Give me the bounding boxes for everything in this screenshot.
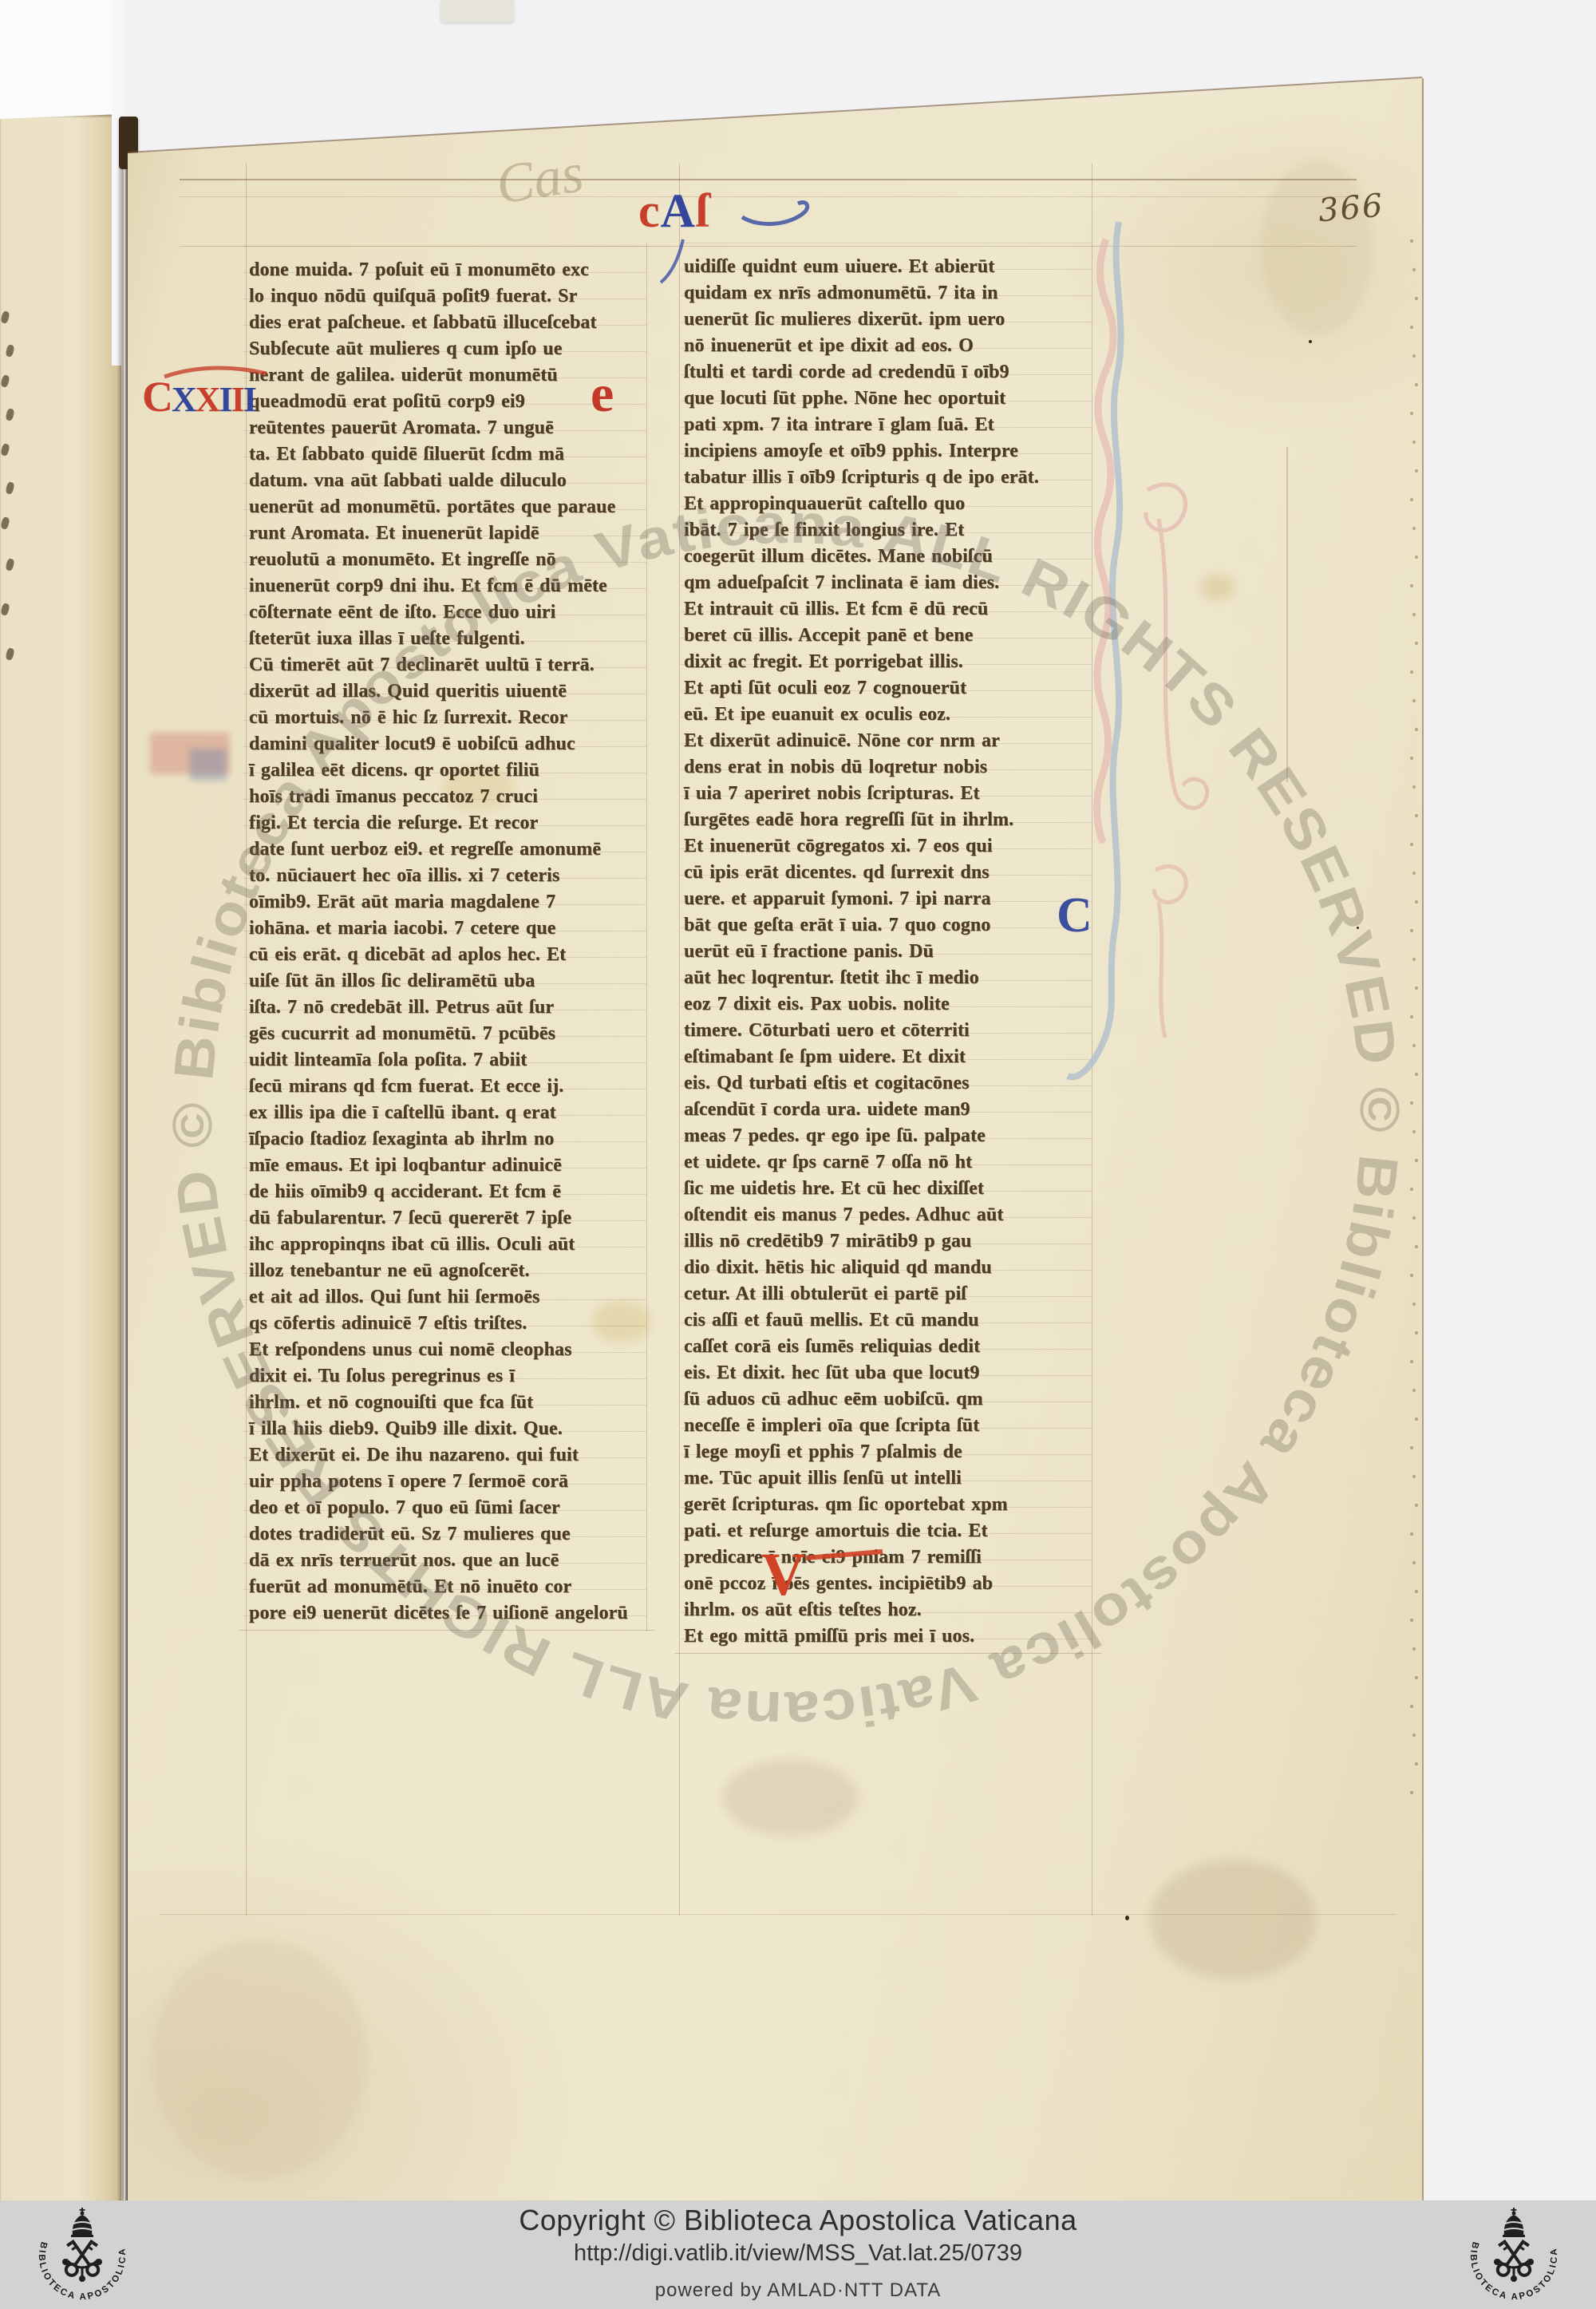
manuscript-text-line: Et inuenerūt cōgregatos xi. 7 eos qui — [684, 833, 1092, 860]
manuscript-text-line: ī lege moyſi et pphis 7 pſalmis de — [684, 1439, 1092, 1465]
manuscript-text-line: ihrlm. et nō cognouiſti que fca ſūt — [249, 1390, 648, 1416]
manuscript-text-line: uerūt eū ī fractione panis. Dū — [684, 939, 1092, 965]
manuscript-text-line: date ſunt uerboz ei9. et regreſſe amonum… — [249, 836, 648, 863]
manuscript-text-line: Et ego mittā pmiſſū pris mei ī uos. — [684, 1623, 1092, 1650]
parchment-stain — [152, 1939, 367, 2179]
manuscript-text-line: ſtulti et tardi corde ad credendū ī oīb9 — [684, 359, 1092, 385]
manuscript-text-line: uenerūt ad monumētū. portātes que paraue — [249, 494, 648, 520]
manuscript-text-line: incipiens amoyſe et oīb9 pphis. Interpre — [684, 438, 1092, 465]
manuscript-text-line: beret cū illis. Accepit panē et bene — [684, 623, 1092, 649]
faded-running-title: Cas — [492, 141, 587, 218]
ruling-horizontal — [239, 1630, 654, 1631]
colored-letter: A — [661, 184, 696, 237]
ruling-horizontal — [180, 179, 1357, 180]
ruling-horizontal — [180, 246, 1357, 247]
manuscript-text-line: de hiis oīmib9 q acciderant. Et fcm ē — [249, 1179, 648, 1205]
manuscript-text-line: dotes tradiderūt eū. Sz 7 mulieres que — [249, 1521, 648, 1548]
scan-root: { "manuscript": { "folio_number": "366",… — [0, 0, 1596, 2309]
footer-bar: BIBLIOTECA APOSTOLICA VATICANA BIBLIOTEC… — [0, 2200, 1596, 2309]
manuscript-text-line: bāt que geſta erāt ī uia. 7 quo cogno — [684, 912, 1092, 939]
manuscript-text-line: tabatur illis ī oīb9 ſcripturis q de ipo… — [684, 465, 1092, 491]
speck — [1125, 1916, 1129, 1920]
manuscript-text-line: ihrlm. os aūt eſtis teſtes hoz. — [684, 1597, 1092, 1623]
manuscript-text-line: aſcendūt ī corda ura. uidete man9 — [684, 1097, 1092, 1123]
manuscript-text-line: dixerūt ad illas. Quid queritis uiuentē — [249, 678, 648, 705]
manuscript-text-line: dies erat paſcheue. et ſabbatū illuceſce… — [249, 310, 648, 336]
margin-offset-mark — [190, 749, 227, 781]
manuscript-text-line: et uidete. qr ſps carnē 7 oſſa nō ht — [684, 1149, 1092, 1176]
manuscript-text-line: gēs cucurrit ad monumētū. 7 pcūbēs — [249, 1021, 648, 1047]
manuscript-text-line: īſpacio ſtadioz ſexaginta ab ihrlm no — [249, 1126, 648, 1153]
manuscript-text-line: et ait ad illos. Qui ſunt hii ſermoēs — [249, 1284, 648, 1311]
bookmark-tab — [440, 0, 514, 22]
manuscript-text-line: uidit linteamīa ſola poſita. 7 abiit — [249, 1047, 648, 1073]
manuscript-text-line: cis aſſi et fauū mellis. Et cū mandu — [684, 1307, 1092, 1334]
manuscript-text-line: ſecū mirans qd fcm fuerat. Et ecce ij. — [249, 1073, 648, 1100]
manuscript-text-line: Et intrauit cū illis. Et fcm ē dū recū — [684, 596, 1092, 623]
manuscript-text-line: onē pccoz ī oēs gentes. incipiētib9 ab — [684, 1571, 1092, 1597]
manuscript-text-line: cōſternate eēnt de iſto. Ecce duo uiri — [249, 599, 648, 626]
manuscript-text-line: predicare ī noīe ei9 pniam 7 remiſſi — [684, 1544, 1092, 1571]
chapter-number: CXXIII — [142, 372, 255, 421]
colored-letter: I — [243, 380, 255, 419]
manuscript-text-line: reuolutū a monumēto. Et ingreſſe nō — [249, 547, 648, 573]
manuscript-text-line: uenerūt ſic mulieres dixerūt. ipm uero — [684, 306, 1092, 333]
manuscript-text-line: neceſſe ē impleri oīa que ſcripta ſūt — [684, 1413, 1092, 1439]
manuscript-text-line: caſſet corā eis ſumēs reliquias dedit — [684, 1334, 1092, 1360]
manuscript-text-line: timere. Cōturbati uero et cōterriti — [684, 1018, 1092, 1044]
manuscript-text-line: nerant de galilea. uiderūt monumētū — [249, 362, 648, 389]
speck — [1357, 927, 1359, 929]
manuscript-text-line: lo inquo nōdū quiſquā poſit9 fuerat. Sr — [249, 283, 648, 310]
manuscript-text-line: cetur. At illi obtulerūt ei partē piſ — [684, 1281, 1092, 1307]
manuscript-text-line: ſurgētes eadē hora regreſſi ſūt in ihrlm… — [684, 807, 1092, 833]
manuscript-text-line: quidam ex nrīs admonumētū. 7 ita in — [684, 280, 1092, 306]
manuscript-text-line: illoz tenebantur ne eū agnoſcerēt. — [249, 1258, 648, 1284]
manuscript-text-line: cū eis erāt. q dicebāt ad aplos hec. Et — [249, 942, 648, 968]
manuscript-text-line: pati. et reſurge amortuis die tcia. Et — [684, 1518, 1092, 1544]
manuscript-text-line: Et dixerūt ei. De ihu nazareno. qui fuit — [249, 1442, 648, 1469]
manuscript-text-line: iohāna. et maria iacobi. 7 cetere que — [249, 915, 648, 942]
manuscript-text-line: uiſe ſūt ān illos ſic deliramētū uba — [249, 968, 648, 994]
manuscript-text-line: datum. vna aūt ſabbati ualde diluculo — [249, 468, 648, 494]
manuscript-text-line: done muida. 7 poſuit eū ī monumēto exc — [249, 257, 648, 283]
manuscript-text-line: qs cōfertis adinuicē 7 eſtis triſtes. — [249, 1311, 648, 1337]
text-column-right: uidiſſe quidnt eum uiuere. Et abierūtqui… — [684, 254, 1092, 1650]
manuscript-text-line: gerēt ſcripturas. qm ſic oportebat xpm — [684, 1492, 1092, 1518]
footer-url: http://digi.vatlib.it/view/MSS_Vat.lat.2… — [0, 2240, 1596, 2267]
manuscript-text-line: aūt hec loqrentur. ſtetit ihc ī medio — [684, 965, 1092, 991]
manuscript-text-line: figi. Et tercia die reſurge. Et recor — [249, 810, 648, 836]
facing-page-edge — [0, 114, 121, 2200]
manuscript-text-line: ſū aduos cū adhuc eēm uobiſcū. qm — [684, 1386, 1092, 1413]
manuscript-text-line: dixit ei. Tu ſolus peregrinus es ī — [249, 1363, 648, 1390]
manuscript-text-line: eū. Et ipe euanuit ex oculis eoz. — [684, 702, 1092, 728]
manuscript-text-line: uere. et apparuit ſymoni. 7 ipi narra — [684, 886, 1092, 912]
manuscript-text-line: meas 7 pedes. qr ego ipe ſū. palpate — [684, 1123, 1092, 1149]
manuscript-text-line: me. Tūc apuit illis ſenſū ut intelli — [684, 1465, 1092, 1492]
manuscript-text-line: pati xpm. 7 ita intrare ī glam ſuā. Et — [684, 412, 1092, 438]
speck — [1309, 340, 1312, 343]
manuscript-text-line: eis. Et dixit. hec ſūt uba que locut9 — [684, 1360, 1092, 1386]
manuscript-text-line: cū ipis erāt dicentes. qd ſurrexit dns — [684, 860, 1092, 886]
manuscript-text-line: damini qualiter locut9 ē uobiſcū adhuc — [249, 731, 648, 757]
manuscript-text-line: pore ei9 uenerūt dicētes ſe 7 uiſionē an… — [249, 1600, 648, 1627]
parchment-stain — [1149, 1860, 1317, 1979]
colored-letter: c — [638, 184, 661, 237]
initial-e: e — [591, 364, 614, 425]
running-title: cAſ — [638, 184, 710, 239]
manuscript-text-line: iſta. 7 nō credebāt ill. Petrus aūt ſur — [249, 994, 648, 1021]
colored-letter: X — [172, 380, 196, 419]
manuscript-text-line: coegerūt illum dicētes. Mane nobiſcū — [684, 544, 1092, 570]
manuscript-text-line: dixit ac fregit. Et porrigebat illis. — [684, 649, 1092, 675]
manuscript-text-line: eis. Qd turbati eſtis et cogitacōnes — [684, 1070, 1092, 1097]
manuscript-text-line: to. nūciauert hec oīa illis. xi 7 ceteri… — [249, 863, 648, 889]
manuscript-text-line: mīe emaus. Et ipi loqbantur adinuicē — [249, 1153, 648, 1179]
manuscript-text-line: Et reſpondens unus cui nomē cleophas — [249, 1337, 648, 1363]
colored-letter: C — [142, 373, 172, 421]
manuscript-text-line: eſtimabant ſe ſpm uidere. Et dixit — [684, 1044, 1092, 1070]
manuscript-text-line: nō inuenerūt et ipe dixit ad eos. O — [684, 333, 1092, 359]
ruling-horizontal — [674, 1653, 1101, 1654]
manuscript-text-line: ex illis ipa die ī caſtellū ibant. q era… — [249, 1100, 648, 1126]
manuscript-text-line: Et apti ſūt oculi eoz 7 cognouerūt — [684, 675, 1092, 702]
manuscript-text-line: ta. Et ſabbato quidē ſiluerūt ſcdm mā — [249, 441, 648, 468]
manuscript-text-line: queadmodū erat poſitū corp9 ei9 — [249, 389, 648, 415]
manuscript-text-line: illis nō credētib9 7 mirātib9 p gau — [684, 1228, 1092, 1255]
manuscript-text-line: que locuti ſūt pphe. Nōne hec oportuit — [684, 385, 1092, 412]
manuscript-text-line: dens erat in nobis dū loqretur nobis — [684, 754, 1092, 781]
ruling-vertical — [1286, 447, 1288, 782]
footer-powered-by: powered by AMLAD·NTT DATA — [0, 2279, 1596, 2302]
manuscript-text-line: fuerūt ad monumētū. Et nō inuēto cor — [249, 1574, 648, 1600]
ruling-vertical — [246, 164, 247, 1916]
manuscript-text-line: eoz 7 dixit eis. Pax uobis. nolite — [684, 991, 1092, 1018]
manuscript-text-line: ibāt. 7 ipe ſe finxit longius ire. Et — [684, 517, 1092, 544]
manuscript-text-line: Et appropinquauerūt caſtello quo — [684, 491, 1092, 517]
ruling-horizontal — [180, 196, 1357, 197]
manuscript-text-line: dā ex nrīs terruerūt nos. que an lucē — [249, 1548, 648, 1574]
manuscript-text-line: oīmib9. Erāt aūt maria magdalene 7 — [249, 889, 648, 915]
manuscript-text-line: Et dixerūt adinuicē. Nōne cor nrm ar — [684, 728, 1092, 754]
manuscript-text-line: inuenerūt corp9 dni ihu. Et fcm ē dū mēt… — [249, 573, 648, 599]
manuscript-text-line: uidiſſe quidnt eum uiuere. Et abierūt — [684, 254, 1092, 280]
manuscript-text-line: reūtentes pauerūt Aromata. 7 unguē — [249, 415, 648, 441]
manuscript-text-line: ī uia 7 aperiret nobis ſcripturas. Et — [684, 781, 1092, 807]
manuscript-text-line: ihc appropinqns ibat cū illis. Oculi aūt — [249, 1232, 648, 1258]
manuscript-text-line: dū fabularentur. 7 ſecū quererēt 7 ipſe — [249, 1205, 648, 1232]
colored-letter: ſ — [696, 184, 710, 237]
parchment-stain — [722, 1760, 858, 1836]
colored-letter: X — [196, 380, 219, 419]
folio-number: 366 — [1317, 187, 1385, 229]
text-column-left: done muida. 7 poſuit eū ī monumēto exclo… — [249, 257, 648, 1627]
parchment-stain — [1261, 160, 1373, 335]
manuscript-text-line: oſtendit eis manus 7 pedes. Adhuc aūt — [684, 1202, 1092, 1228]
manuscript-text-line: ſic me uidetis hre. Et cū hec dixiſſet — [684, 1176, 1092, 1202]
footer-copyright: Copyright © Biblioteca Apostolica Vatica… — [0, 2204, 1596, 2237]
initial-v: V — [761, 1540, 805, 1610]
scanner-backdrop — [0, 0, 121, 120]
colored-letter: I — [219, 380, 231, 419]
manuscript-text-line: cū mortuis. nō ē hic ſz ſurrexit. Recor — [249, 705, 648, 731]
manuscript-text-line: Cū timerēt aūt 7 declinarēt uultū ī terr… — [249, 652, 648, 678]
manuscript-text-line: qm adueſpaſcit 7 inclinata ē iam dies. — [684, 570, 1092, 596]
manuscript-text-line: deo et oī populo. 7 quo eū ſūmi ſacer — [249, 1495, 648, 1521]
manuscript-text-line: uir ppha potens ī opere 7 ſermoē corā — [249, 1469, 648, 1495]
manuscript-text-line: hoīs tradi īmanus peccatoz 7 cruci — [249, 784, 648, 810]
manuscript-text-line: Subſecute aūt mulieres q cum ipſo ue — [249, 336, 648, 362]
manuscript-text-line: runt Aromata. Et inuenerūt lapidē — [249, 520, 648, 547]
manuscript-text-line: ſteterūt iuxa illas ī ueſte fulgenti. — [249, 626, 648, 652]
colored-letter: I — [231, 380, 243, 419]
parchment-stain — [1201, 575, 1235, 600]
manuscript-text-line: ī galilea eēt dicens. qr oportet filiū — [249, 757, 648, 784]
manuscript-text-line: ī illa hiis dieb9. Quib9 ille dixit. Que… — [249, 1416, 648, 1442]
initial-c: C — [1057, 888, 1092, 944]
manuscript-text-line: dio dixit. hētis hic aliquid qd mandu — [684, 1255, 1092, 1281]
ruling-horizontal — [160, 1914, 1396, 1915]
